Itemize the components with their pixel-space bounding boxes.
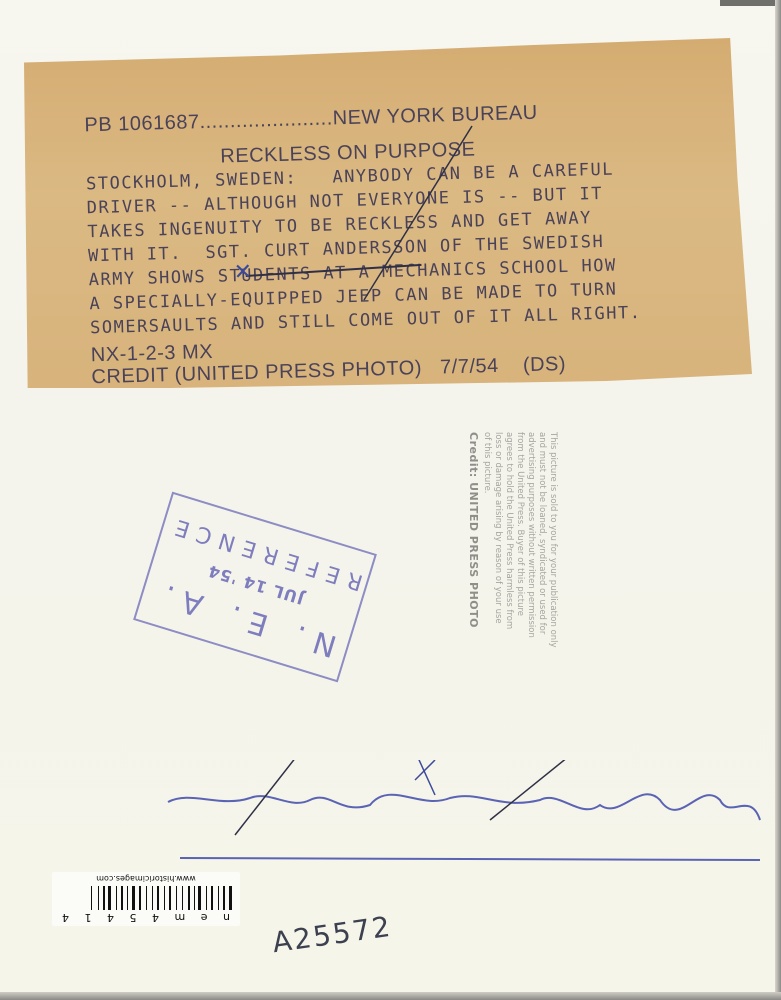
scan-edge-right — [775, 0, 781, 1000]
usage-notice-stamp: This picture is sold to you for your pub… — [448, 432, 558, 672]
scan-edge-top — [720, 0, 781, 6]
barcode-bars — [60, 886, 232, 910]
usage-credit: Credit: UNITED PRESS PHOTO — [468, 432, 479, 672]
barcode-characters: n e m 4 5 4 1 4 — [62, 911, 230, 924]
scan-edge-bottom — [0, 992, 781, 1000]
pen-slash — [24, 38, 752, 388]
caption-slip: PB 1061687......................NEW YORK… — [24, 38, 752, 388]
handwritten-note: Jeep Army Sweden — [160, 760, 770, 890]
barcode-label: n e m 4 5 4 1 4 www.historicimages.com — [52, 872, 240, 926]
usage-notice-text: This picture is sold to you for your pub… — [448, 432, 558, 672]
website-url: www.historicimages.com — [52, 874, 240, 883]
